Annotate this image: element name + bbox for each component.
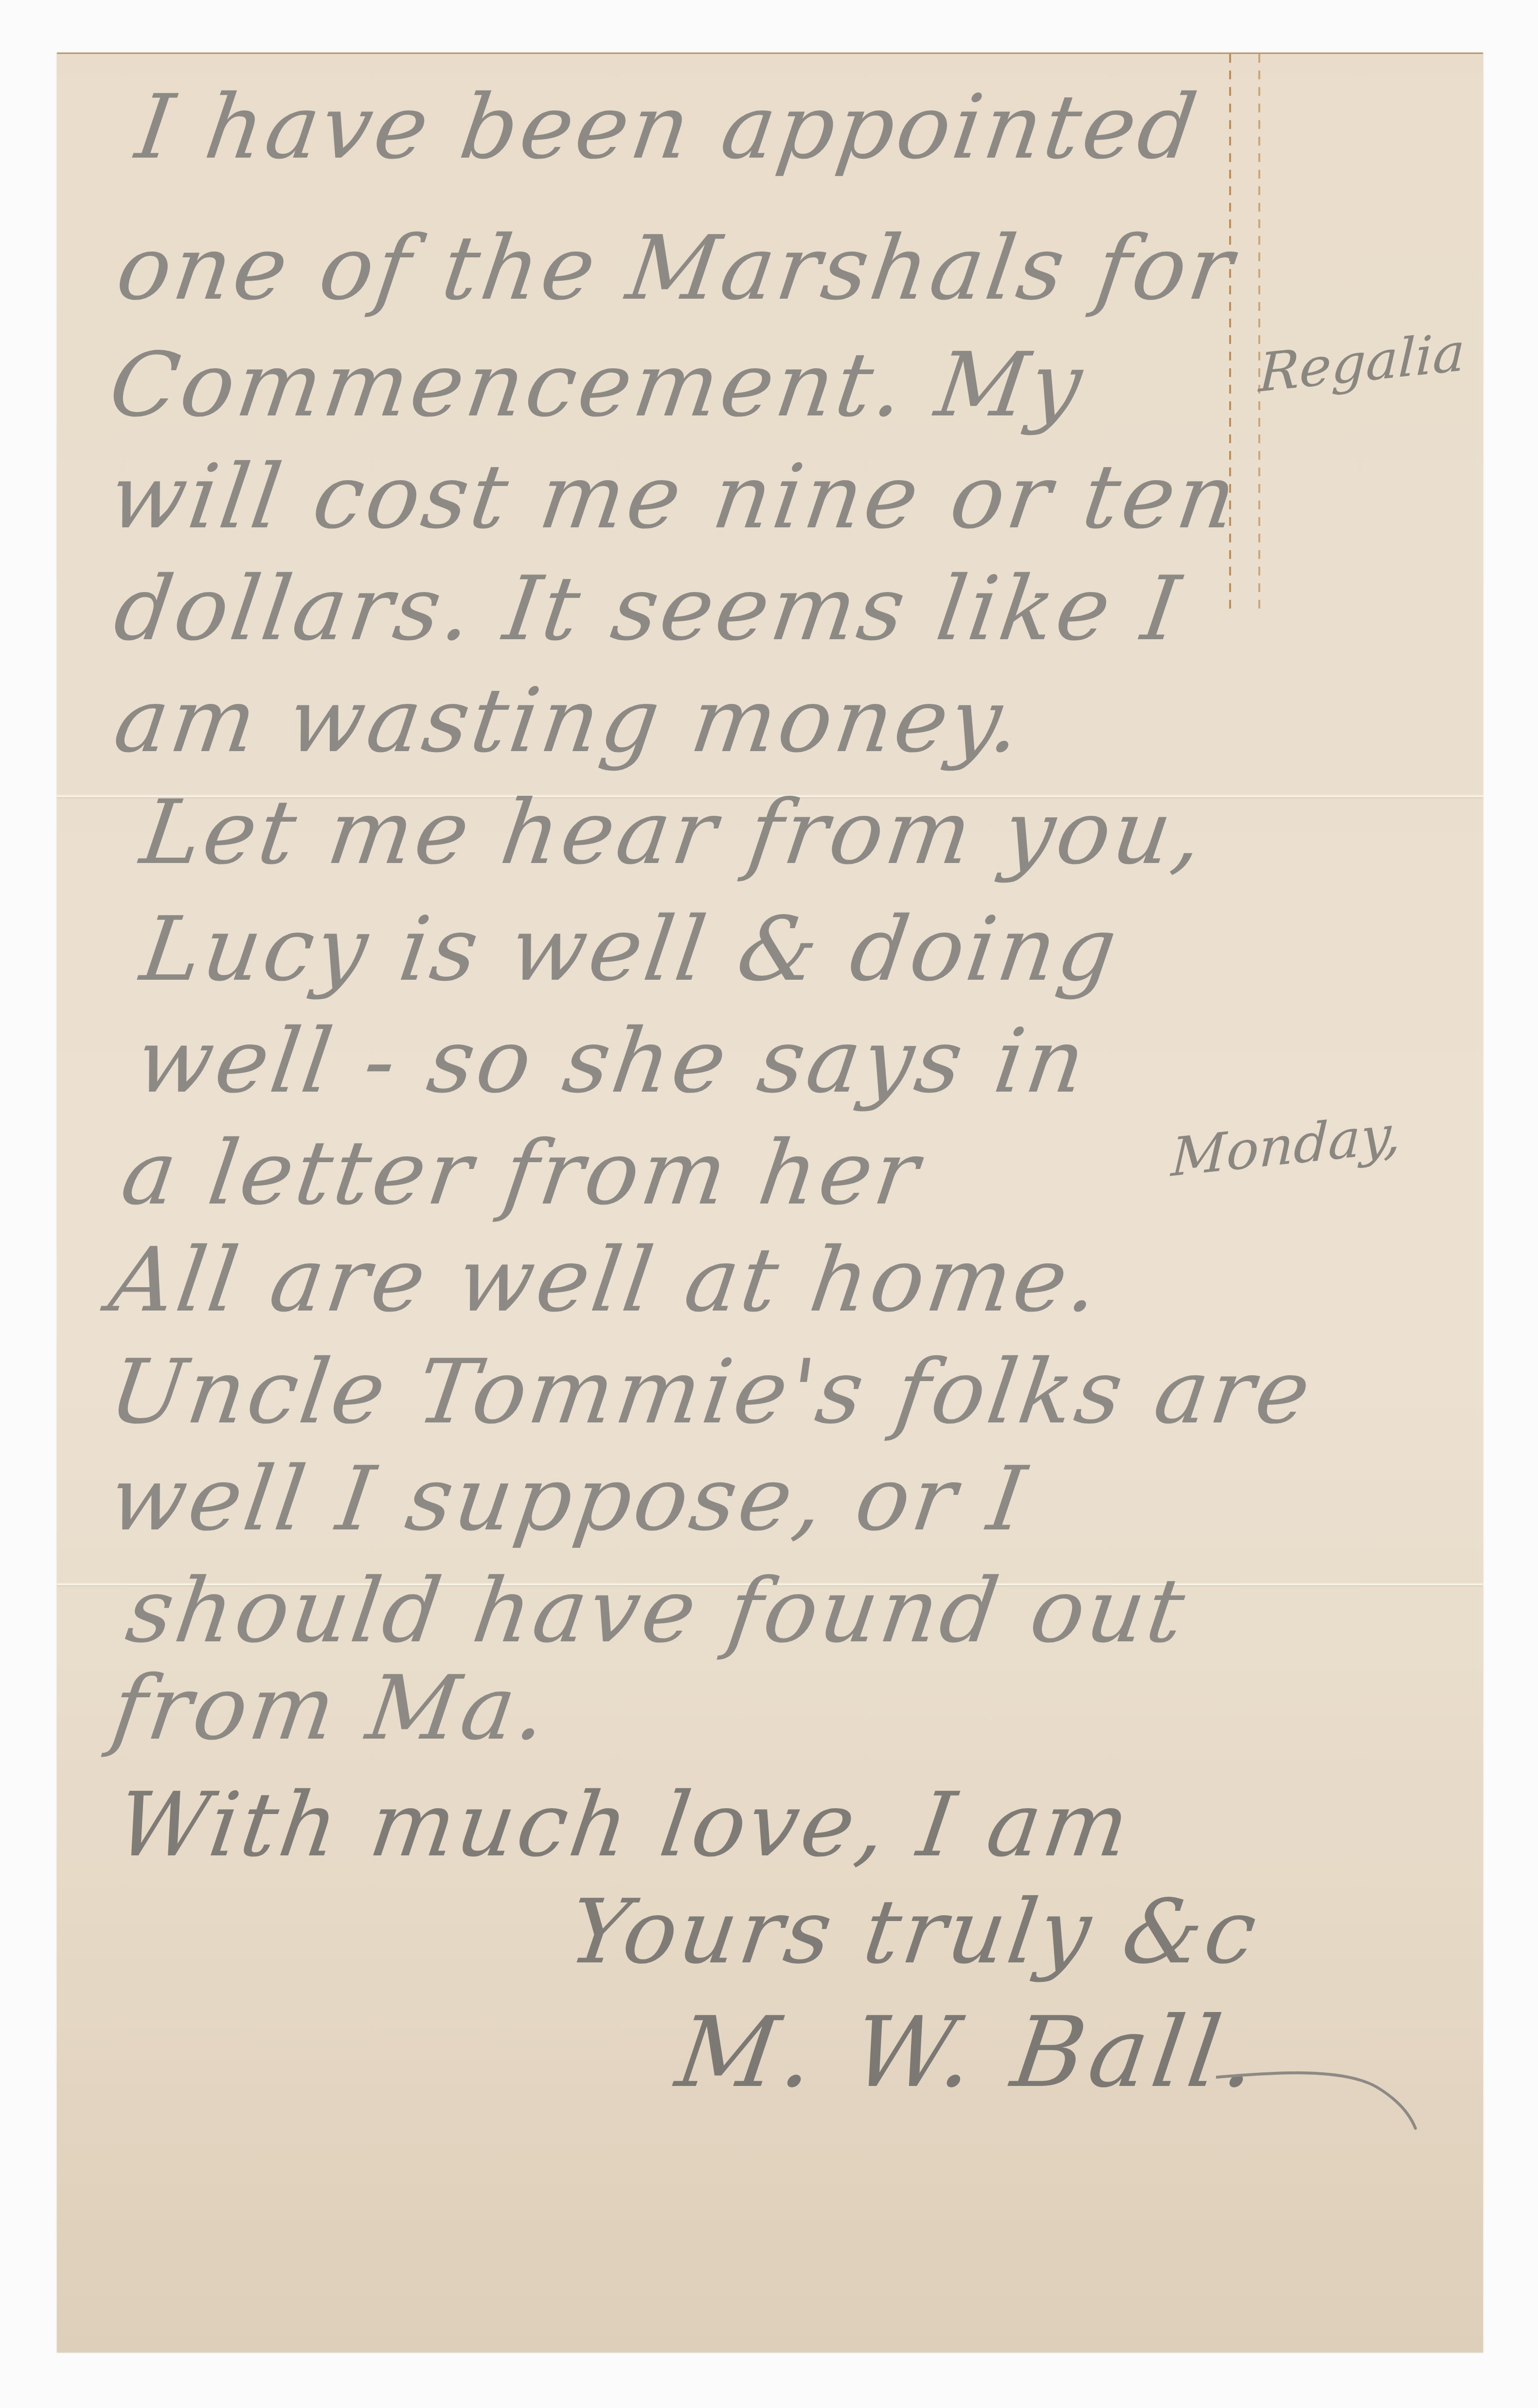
letter-line: Uncle Tommie's folks are (105, 1348, 1318, 1436)
letter-line: a letter from her (117, 1129, 927, 1217)
letter-line: Commencement. My (105, 341, 1090, 429)
letter-line: Let me hear from you, (136, 788, 1211, 877)
signature: M. W. Ball. (671, 2004, 1268, 2102)
letter-line: well I suppose, or I (105, 1455, 1033, 1543)
closing-line: With much love, I am (112, 1780, 1137, 1869)
letter-line: from Ma. (107, 1664, 555, 1752)
signature-flourish (1216, 2058, 1420, 2131)
letter-line: should have found out (122, 1566, 1192, 1655)
letter-line: well - so she says in (131, 1017, 1093, 1105)
letter-line: All are well at home. (105, 1236, 1107, 1324)
valediction: Yours truly &c (564, 1887, 1264, 1976)
letter-line: am wasting money. (109, 676, 1029, 765)
letter-line: Lucy is well & doing (136, 905, 1124, 993)
letter-line: dollars. It seems like I (109, 564, 1187, 653)
letter-line: one of the Marshals for (112, 224, 1241, 312)
letter-line: will cost me nine or ten (105, 452, 1244, 541)
letter-line: I have been appointed (131, 83, 1204, 171)
stitch-marks-faint (1258, 54, 1260, 613)
